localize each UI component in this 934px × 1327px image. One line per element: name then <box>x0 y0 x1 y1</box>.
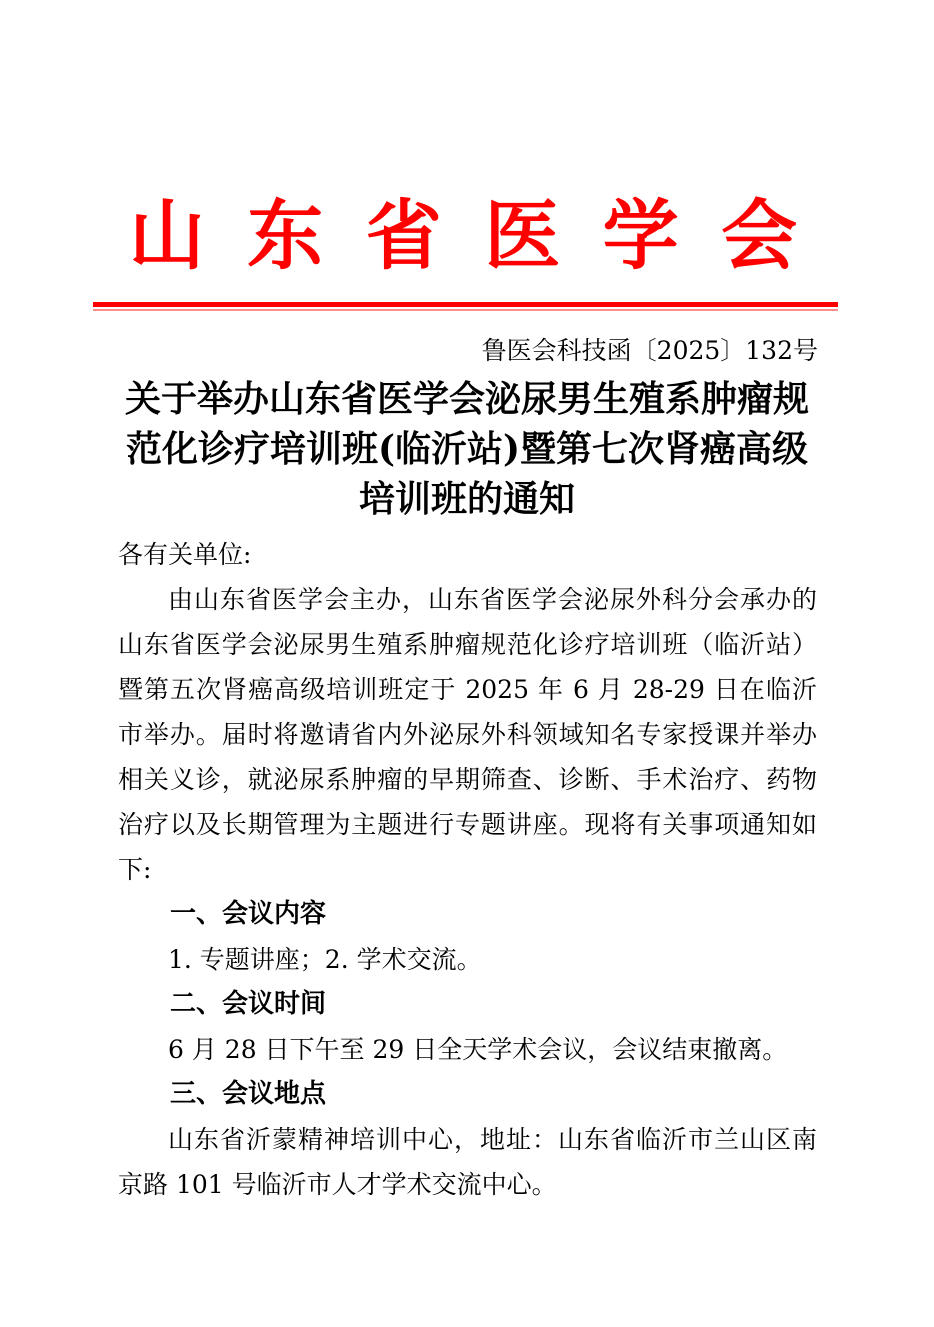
section-2-heading: 二、会议时间 <box>118 982 817 1027</box>
section-1-heading: 一、会议内容 <box>118 892 817 937</box>
section-1-content: 1. 专题讲座；2. 学术交流。 <box>118 937 817 982</box>
section-3-content: 山东省沂蒙精神培训中心，地址：山东省临沂市兰山区南京路 101 号临沂市人才学术… <box>118 1117 817 1207</box>
notice-title-line-1: 关于举办山东省医学会泌尿男生殖系肿瘤规 <box>60 374 874 424</box>
notice-title-line-2: 范化诊疗培训班(临沂站)暨第七次肾癌高级 <box>60 424 874 474</box>
section-2-content: 6 月 28 日下午至 29 日全天学术会议，会议结束撤离。 <box>118 1027 817 1072</box>
notice-body: 各有关单位: 由山东省医学会主办，山东省医学会泌尿外科分会承办的山东省医学会泌尿… <box>118 532 817 1207</box>
notice-title-line-3: 培训班的通知 <box>60 474 874 524</box>
masthead-rule-thin <box>93 309 838 311</box>
masthead-title: 山 东 省 医 学 会 <box>0 196 934 276</box>
section-3-heading: 三、会议地点 <box>118 1072 817 1117</box>
intro-paragraph: 由山东省医学会主办，山东省医学会泌尿外科分会承办的山东省医学会泌尿男生殖系肿瘤规… <box>118 577 817 892</box>
document-number: 鲁医会科技函〔2025〕132号 <box>118 336 818 366</box>
masthead-rule <box>93 302 838 311</box>
notice-page: 山 东 省 医 学 会 鲁医会科技函〔2025〕132号 关于举办山东省医学会泌… <box>0 0 934 1327</box>
salutation: 各有关单位: <box>118 532 817 577</box>
masthead-rule-thick <box>93 302 838 307</box>
notice-title: 关于举办山东省医学会泌尿男生殖系肿瘤规 范化诊疗培训班(临沂站)暨第七次肾癌高级… <box>60 374 874 524</box>
